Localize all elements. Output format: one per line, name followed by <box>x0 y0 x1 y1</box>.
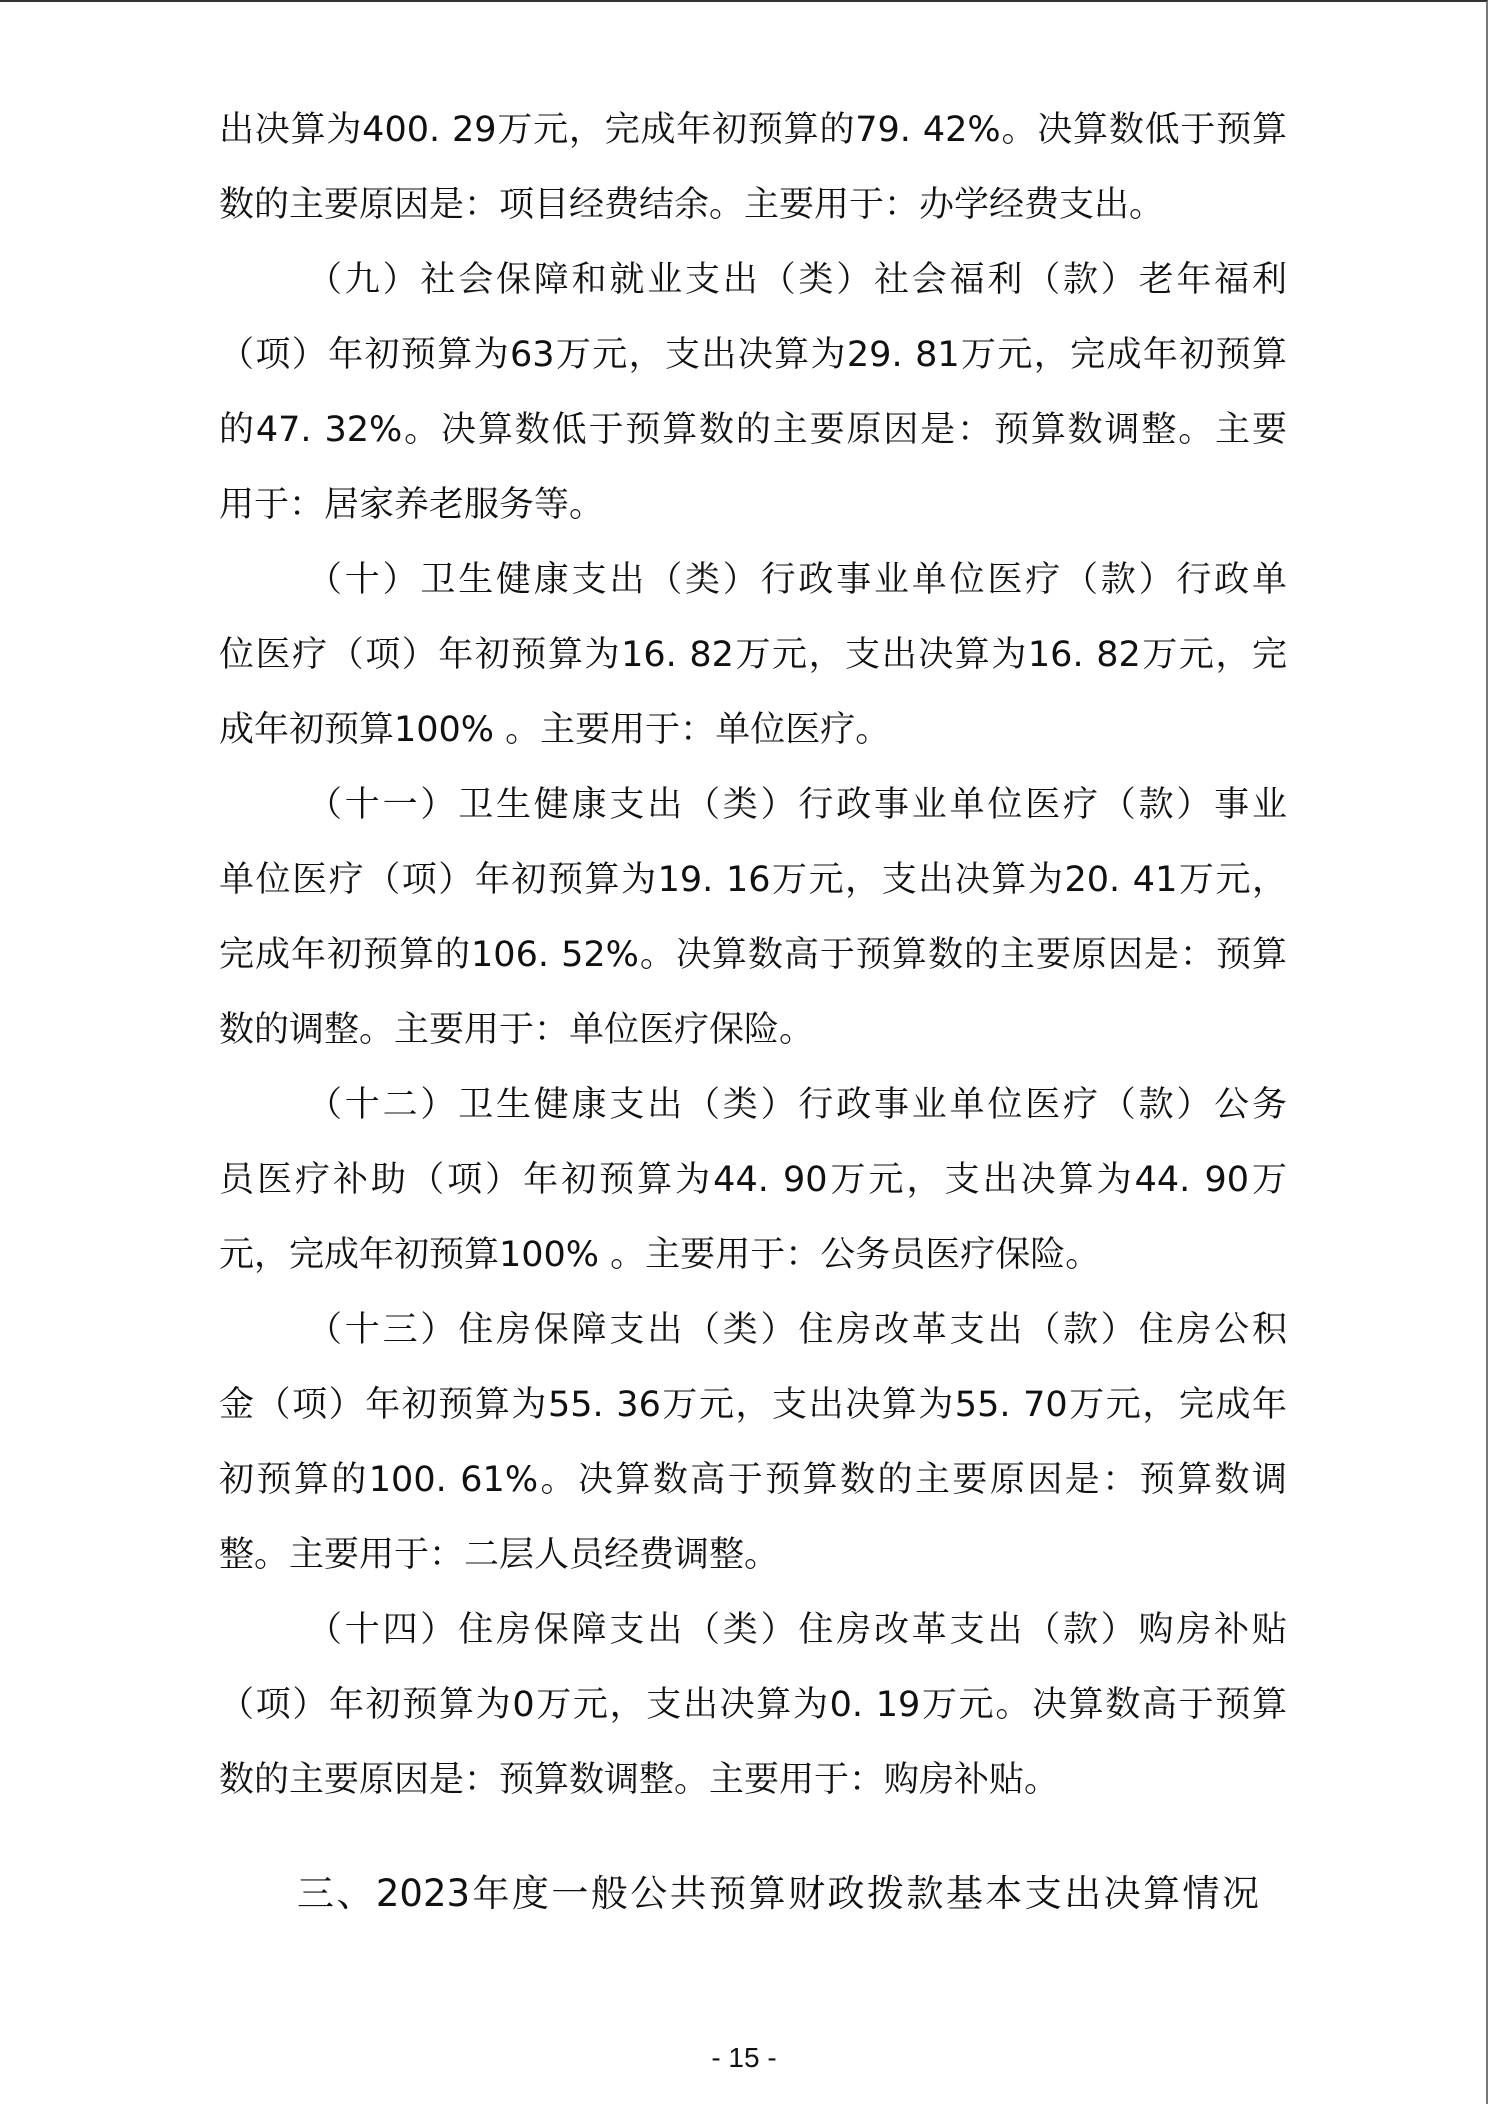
document-page: 出决算为400. 29万元，完成年初预算的79. 42%。决算数低于预算 数的主… <box>0 0 1488 2104</box>
paragraph-item-11: （十一）卫生健康支出（类）行政事业单位医疗（款）事业 单位医疗（项）年初预算为1… <box>219 775 1287 1075</box>
document-body: 出决算为400. 29万元，完成年初预算的79. 42%。决算数低于预算 数的主… <box>219 100 1287 1825</box>
text-line: （十一）卫生健康支出（类）行政事业单位医疗（款）事业 <box>219 775 1287 850</box>
paragraph-item-14: （十四）住房保障支出（类）住房改革支出（款）购房补贴 （项）年初预算为0万元，支… <box>219 1600 1287 1825</box>
section-heading: 三、2023年度一般公共预算财政拨款基本支出决算情况 <box>297 1864 1259 1924</box>
paragraph-continuation: 出决算为400. 29万元，完成年初预算的79. 42%。决算数低于预算 数的主… <box>219 100 1287 250</box>
text-line: 成年初预算100% 。主要用于：单位医疗。 <box>219 700 1287 775</box>
text-line: 位医疗（项）年初预算为16. 82万元，支出决算为16. 82万元，完 <box>219 625 1287 700</box>
text-line: （十四）住房保障支出（类）住房改革支出（款）购房补贴 <box>219 1600 1287 1675</box>
text-line: 金（项）年初预算为55. 36万元，支出决算为55. 70万元，完成年 <box>219 1375 1287 1450</box>
paragraph-item-10: （十）卫生健康支出（类）行政事业单位医疗（款）行政单 位医疗（项）年初预算为16… <box>219 550 1287 775</box>
text-line: （九）社会保障和就业支出（类）社会福利（款）老年福利 <box>219 250 1287 325</box>
text-line: 初预算的100. 61%。决算数高于预算数的主要原因是：预算数调 <box>219 1450 1287 1525</box>
text-line: 数的主要原因是：项目经费结余。主要用于：办学经费支出。 <box>219 175 1287 250</box>
text-line: （项）年初预算为63万元，支出决算为29. 81万元，完成年初预算 <box>219 325 1287 400</box>
paragraph-item-13: （十三）住房保障支出（类）住房改革支出（款）住房公积 金（项）年初预算为55. … <box>219 1300 1287 1600</box>
text-line: 出决算为400. 29万元，完成年初预算的79. 42%。决算数低于预算 <box>219 100 1287 175</box>
text-line: （十三）住房保障支出（类）住房改革支出（款）住房公积 <box>219 1300 1287 1375</box>
text-line: （十）卫生健康支出（类）行政事业单位医疗（款）行政单 <box>219 550 1287 625</box>
page-number: - 15 - <box>0 2042 1488 2074</box>
text-line: （项）年初预算为0万元，支出决算为0. 19万元。决算数高于预算 <box>219 1675 1287 1750</box>
text-line: 元，完成年初预算100% 。主要用于：公务员医疗保险。 <box>219 1225 1287 1300</box>
paragraph-item-9: （九）社会保障和就业支出（类）社会福利（款）老年福利 （项）年初预算为63万元，… <box>219 250 1287 550</box>
text-line: 用于：居家养老服务等。 <box>219 475 1287 550</box>
text-line: 数的调整。主要用于：单位医疗保险。 <box>219 1000 1287 1075</box>
text-line: 数的主要原因是：预算数调整。主要用于：购房补贴。 <box>219 1750 1287 1825</box>
text-line: 员医疗补助（项）年初预算为44. 90万元，支出决算为44. 90万 <box>219 1150 1287 1225</box>
text-line: 单位医疗（项）年初预算为19. 16万元，支出决算为20. 41万元， <box>219 850 1287 925</box>
text-line: 整。主要用于：二层人员经费调整。 <box>219 1525 1287 1600</box>
text-line: 的47. 32%。决算数低于预算数的主要原因是：预算数调整。主要 <box>219 400 1287 475</box>
paragraph-item-12: （十二）卫生健康支出（类）行政事业单位医疗（款）公务 员医疗补助（项）年初预算为… <box>219 1075 1287 1300</box>
text-line: （十二）卫生健康支出（类）行政事业单位医疗（款）公务 <box>219 1075 1287 1150</box>
text-line: 完成年初预算的106. 52%。决算数高于预算数的主要原因是：预算 <box>219 925 1287 1000</box>
